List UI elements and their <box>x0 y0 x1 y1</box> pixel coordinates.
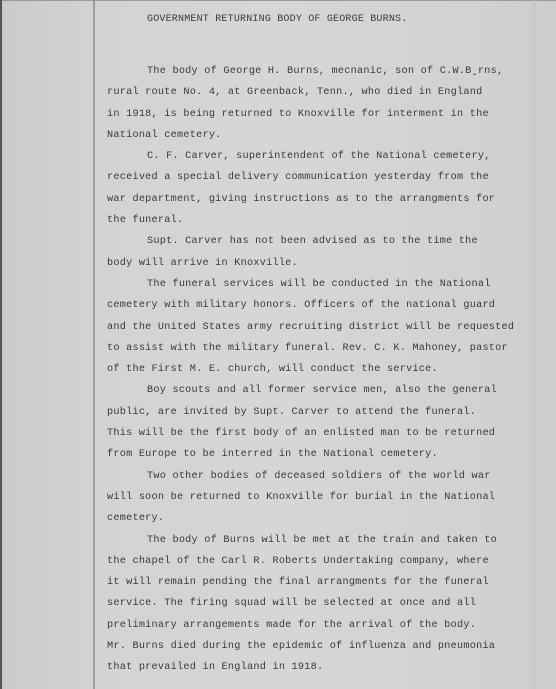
document-body: The body of George H. Burns, mecnanic, s… <box>107 61 537 679</box>
text-line: body will arrive in Knoxville. <box>107 253 537 274</box>
text-line: of the First M. E. church, will conduct … <box>107 359 537 380</box>
text-line: war department, giving instructions as t… <box>107 189 537 210</box>
text-line: Two other bodies of deceased soldiers of… <box>107 466 537 487</box>
text-line: will soon be returned to Knoxville for b… <box>107 487 537 508</box>
text-line: C. F. Carver, superintendent of the Nati… <box>107 146 537 167</box>
margin-rule <box>93 0 95 689</box>
text-line: Boy scouts and all former service men, a… <box>107 380 537 401</box>
text-line: to assist with the military funeral. Rev… <box>107 338 537 359</box>
text-line: The funeral services will be conducted i… <box>107 274 537 295</box>
text-line: it will remain pending the final arrangm… <box>107 572 537 593</box>
text-line: This will be the first body of an enlist… <box>107 423 537 444</box>
text-line: The body of Burns will be met at the tra… <box>107 530 537 551</box>
text-line: Mr. Burns died during the epidemic of in… <box>107 636 537 657</box>
document-title: GOVERNMENT RETURNING BODY OF GEORGE BURN… <box>147 14 487 25</box>
text-line: cemetery. <box>107 508 537 529</box>
text-line: from Europe to be interred in the Nation… <box>107 444 537 465</box>
page-top-edge <box>0 0 556 1</box>
text-line: Supt. Carver has not been advised as to … <box>107 231 537 252</box>
text-line: public, are invited by Supt. Carver to a… <box>107 402 537 423</box>
scanned-page: GOVERNMENT RETURNING BODY OF GEORGE BURN… <box>0 0 556 689</box>
text-line: received a special delivery communicatio… <box>107 167 537 188</box>
text-line: preliminary arrangements made for the ar… <box>107 615 537 636</box>
text-line: the funeral. <box>107 210 537 231</box>
text-line: service. The firing squad will be select… <box>107 593 537 614</box>
text-line: the chapel of the Carl R. Roberts Undert… <box>107 551 537 572</box>
text-line: National cemetery. <box>107 125 537 146</box>
text-line: cemetery with military honors. Officers … <box>107 295 537 316</box>
text-line: and the United States army recruiting di… <box>107 317 537 338</box>
text-line: rural route No. 4, at Greenback, Tenn., … <box>107 82 537 103</box>
text-line: that prevailed in England in 1918. <box>107 657 537 678</box>
page-left-edge <box>0 0 2 689</box>
text-line: The body of George H. Burns, mecnanic, s… <box>107 61 537 82</box>
text-line: in 1918, is being returned to Knoxville … <box>107 104 537 125</box>
